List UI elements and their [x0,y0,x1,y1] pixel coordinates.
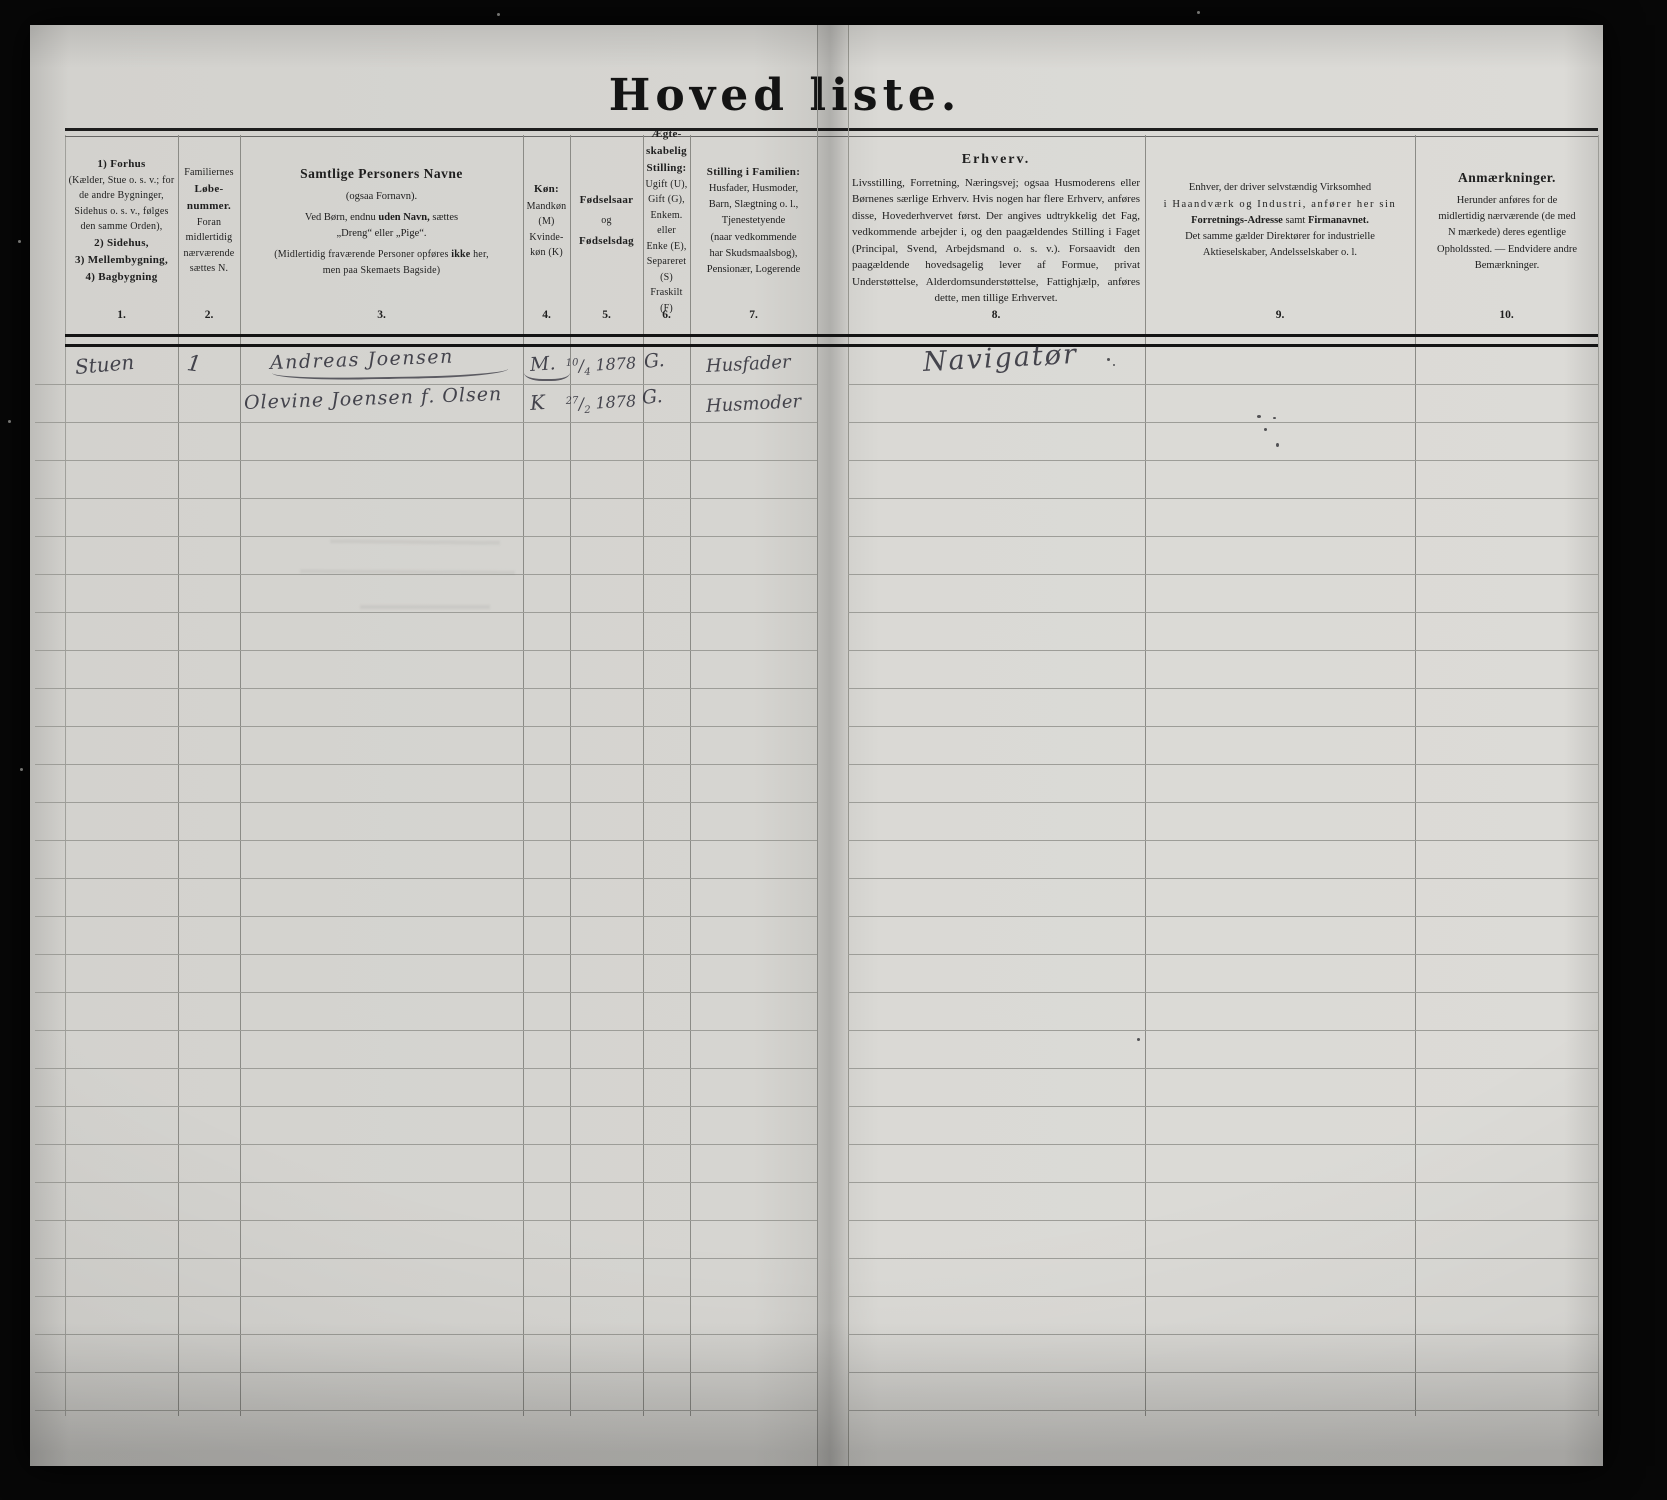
header-line: nummer. [187,198,231,215]
header-line: Enkem. eller [645,208,688,239]
header-line: skabelig [646,143,687,160]
header-line: sættes N. [190,261,228,277]
column-number: 1. [65,309,178,329]
header-line: Barn, Slægtning o. l., [709,197,799,213]
column-header-sex: Køn: Mandkøn (M) Kvinde- køn (K) [525,135,568,307]
column-header-business-address: Enhver, der driver selvstændig Virksomhe… [1150,135,1410,307]
page-title: Hoved liste. [460,70,1110,121]
header-line: 4) Bagbygning [85,269,157,286]
column-number: 4. [523,309,570,329]
ink-speck [1113,364,1115,366]
column-header-names: Samtlige Personers Navne (ogsaa Fornavn)… [242,135,521,307]
header-line: (Midlertidig fraværende Personer opføres… [274,247,489,263]
ink-smudge [1273,417,1276,419]
book-spread-page: Hoved liste. 1) Forhus (Kælder, Stue o. … [30,25,1603,1466]
header-line: og [601,213,611,229]
header-title: Stilling i Familien: [707,164,800,181]
column-number: 9. [1145,309,1415,329]
header-line: Separeret [647,254,687,270]
header-line: nærværende [184,246,235,262]
header-line: Foran [197,215,221,231]
column-number: 2. [178,309,240,329]
column-header-buildings: 1) Forhus (Kælder, Stue o. s. v.; for de… [67,135,176,307]
scanned-census-form: Hoved liste. 1) Forhus (Kælder, Stue o. … [0,0,1667,1500]
header-line: har Skudsmaalsbog), [709,246,797,262]
header-line: køn (K) [530,245,563,261]
header-line: Tjenestetyende [722,213,786,229]
header-line: (naar vedkommende [710,230,796,246]
header-title: Erhverv. [962,149,1031,171]
header-line: midlertidig [186,230,233,246]
ink-smudge [1276,443,1279,447]
column-number: 8. [847,309,1145,329]
column-number: 10. [1415,309,1598,329]
column-number: 5. [570,309,643,329]
scan-dust [8,420,11,423]
column-number: 3. [240,309,523,329]
birth-year: 1878 [595,391,637,412]
entry-building: Stuen [74,350,135,379]
header-title: Samtlige Personers Navne [300,164,463,185]
header-title: Anmærkninger. [1458,168,1556,189]
sex-underline-stroke [524,361,570,381]
column-number: 6. [643,309,690,329]
header-line: Ved Børn, endnu uden Navn, sættes [305,210,458,226]
header-line: Forretnings-Adresse samt Firmanavnet. [1191,213,1369,229]
ink-speck [1137,1038,1140,1041]
entry-marital-status: G. [643,349,666,373]
column-header-family-position: Stilling i Familien: Husfader, Husmoder,… [692,135,815,307]
ink-smudge [1264,428,1267,431]
scan-dust [497,13,500,16]
ruled-rows-left-page [35,347,817,1416]
column-header-family-number: Familiernes Løbe- nummer. Foran midlerti… [180,135,238,307]
header-line: Ugift (U), [646,177,688,193]
header-title: Køn: [534,181,559,198]
header-body: Livsstilling, Forretning, Næringsvej; og… [852,175,1140,307]
header-line: Herunder anføres for de [1457,193,1558,209]
ink-speck [1107,358,1110,361]
header-line: (ogsaa Fornavn). [346,189,417,205]
header-line: Enke (E), [646,239,686,255]
header-line: N mærkede) deres egentlige [1448,225,1566,241]
header-line: Gift (G), [648,192,685,208]
header-bottom-rule [65,334,1598,347]
header-line: (M) [538,214,554,230]
header-line: (Kælder, Stue o. s. v.; for de andre Byg… [67,173,176,235]
header-line: Aktieselskaber, Andelsselskaber o. l. [1203,245,1357,261]
scan-dust [20,768,23,771]
column-header-marital-status: Ægte- skabelig Stilling: Ugift (U), Gift… [645,135,688,307]
header-line: Fødselsaar [580,192,634,209]
birth-year: 1878 [595,353,637,374]
entry-birthdate: 10/4 1878 [565,353,636,379]
header-line: midlertidig nærværende (de med [1438,209,1575,225]
column-number: 7. [690,309,817,329]
book-gutter-fold-icon [817,25,849,1466]
scan-dust [18,240,21,243]
entry-sex: K [529,390,546,415]
entry-family-position: Husfader [705,352,791,377]
header-line: Stilling: [647,160,687,177]
header-line: Mandkøn [527,199,567,215]
table-border-right [1598,135,1599,1416]
column-header-occupation: Erhverv. Livsstilling, Forretning, Nærin… [852,135,1140,321]
header-line: 3) Mellembygning, [75,252,168,269]
ink-bleedthrough [360,605,490,609]
header-line: Ægte- [651,126,681,143]
header-line: Løbe- [195,181,224,198]
header-line: i Haandværk og Industri, anfører her sin [1164,197,1397,213]
header-line: (S) [660,270,673,286]
column-header-remarks: Anmærkninger. Herunder anføres for de mi… [1418,135,1596,307]
header-line: Bemærkninger. [1475,258,1539,274]
header-line: Kvinde- [529,230,563,246]
ink-smudge [1257,415,1261,418]
header-line: Fødselsdag [579,233,634,250]
header-line: 2) Sidehus, [94,235,149,252]
header-line: Enhver, der driver selvstændig Virksomhe… [1189,180,1371,196]
ruled-rows-right-page [848,347,1598,1416]
entry-birthdate: 27/2 1878 [565,391,636,417]
entry-marital-status: G. [641,385,664,409]
scan-dust [1197,11,1200,14]
header-line: Familiernes [184,165,233,181]
header-line: „Dreng“ eller „Pige“. [336,226,426,242]
header-line: Pensionær, Logerende [707,262,800,278]
header-line: 1) Forhus [97,156,145,173]
header-line: Opholdssted. — Endvidere andre [1437,242,1577,258]
header-line: Det samme gælder Direktører for industri… [1185,229,1375,245]
column-header-birthdate: Fødselsaar og Fødselsdag [572,135,641,307]
header-line: Husfader, Husmoder, [709,181,798,197]
header-line: men paa Skemaets Bagside) [323,263,440,279]
